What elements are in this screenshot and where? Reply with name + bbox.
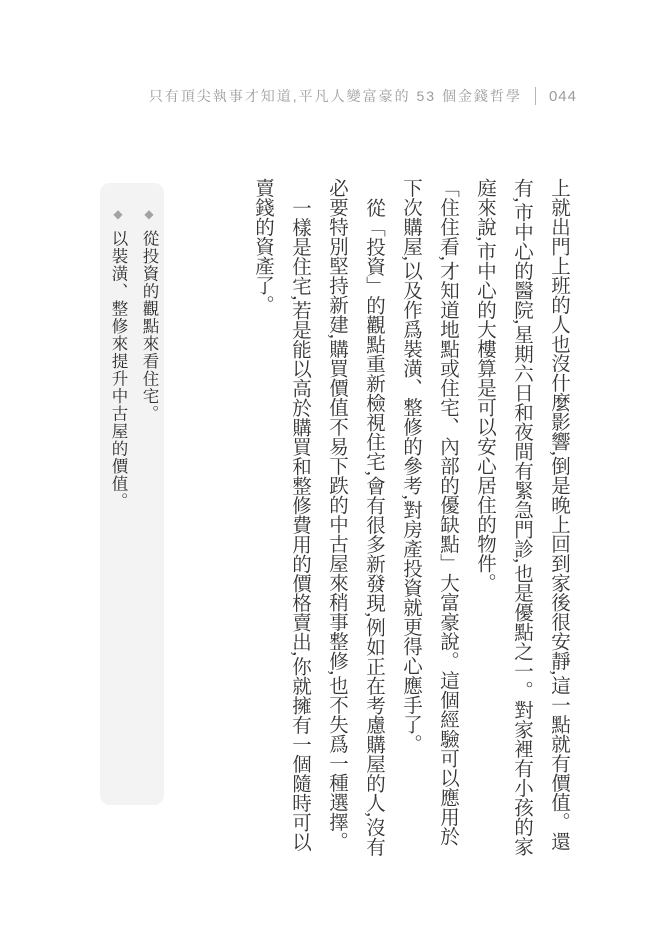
diamond-bullet-icon: ◆ xyxy=(111,207,125,221)
key-point-item: ◆以裝潢、整修來提升中古屋的價值。 xyxy=(102,207,133,805)
key-point-text: 以裝潢、整修來提升中古屋的價值。 xyxy=(109,230,127,510)
running-head: 只有頂尖執事才知道,平凡人變富豪的 53 個金錢哲學 044 xyxy=(149,86,577,106)
body-text: 上就出門上班的人也沒什麼影響,倒是晚上回到家後很安靜,這一點就有價值。還有,市中… xyxy=(244,178,577,860)
body-paragraph: 一樣是住宅,若是能以高於購買和整修費用的價格賣出,你就擁有一個隨時可以賣錢的資產… xyxy=(244,178,318,860)
body-paragraph: 「住住看,才知道地點或住宅、內部的優缺點」大富豪說。這個經驗可以應用於下次購屋,… xyxy=(392,178,466,860)
header-divider xyxy=(535,87,536,105)
body-paragraph: 上就出門上班的人也沒什麼影響,倒是晚上回到家後很安靜,這一點就有價值。還有,市中… xyxy=(466,178,577,860)
key-points-box: ◆從投資的觀點來看住宅。 ◆以裝潢、整修來提升中古屋的價值。 xyxy=(100,183,164,805)
book-page: 只有頂尖執事才知道,平凡人變富豪的 53 個金錢哲學 044 ◆從投資的觀點來看… xyxy=(0,0,663,932)
page-number: 044 xyxy=(549,88,577,105)
key-point-text: 從投資的觀點來看住宅。 xyxy=(140,230,158,423)
book-title: 只有頂尖執事才知道,平凡人變富豪的 53 個金錢哲學 xyxy=(149,86,522,106)
body-paragraph: 從「投資」的觀點重新檢視住宅,會有很多新發現,例如正在考慮購屋的人,沒有必要特別… xyxy=(318,178,392,860)
key-point-item: ◆從投資的觀點來看住宅。 xyxy=(133,207,164,805)
diamond-bullet-icon: ◆ xyxy=(142,207,156,221)
